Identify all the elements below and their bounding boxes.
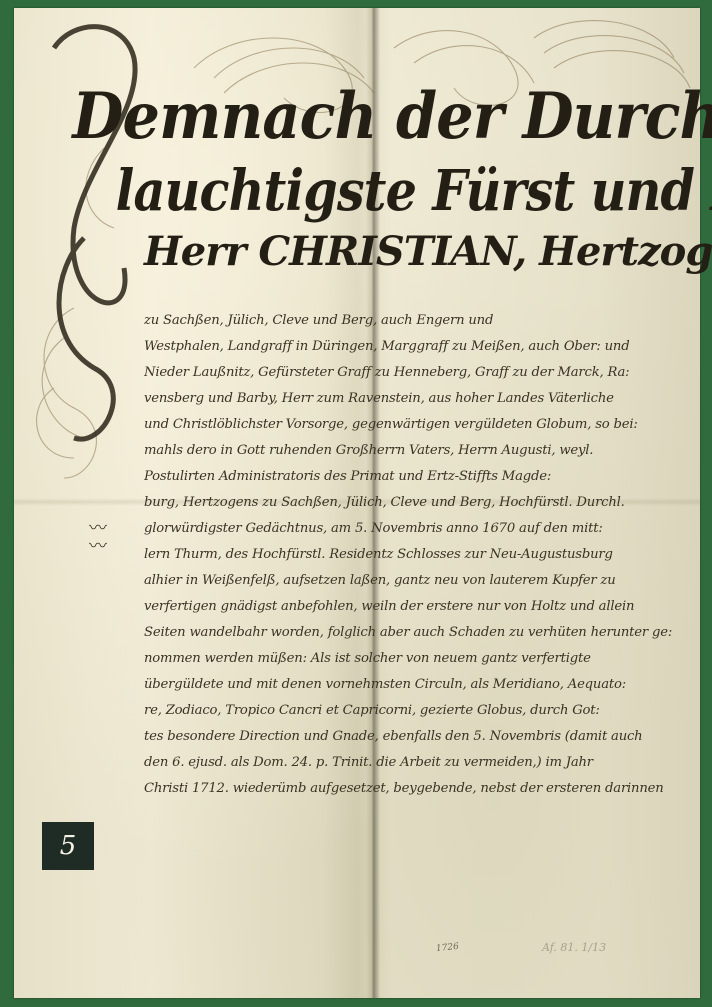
heading-line-2: lauchtigste Fürst und Herr,	[54, 156, 617, 226]
body-line: tes besondere Direction und Gnade, ebenf…	[144, 724, 694, 750]
body-line: burg, Hertzogens zu Sachßen, Jülich, Cle…	[144, 490, 694, 516]
pencil-note-catalog: Af. 81. 1/13	[542, 941, 606, 954]
page-number-label: 5	[42, 822, 94, 870]
body-line: mahls dero in Gott ruhenden Großherrn Va…	[144, 438, 694, 464]
body-line: Nieder Laußnitz, Gefürsteter Graff zu He…	[144, 360, 694, 386]
pencil-note-year: 1726	[436, 942, 460, 954]
document-heading: Demnach der Durch lauchtigste Fürst und …	[54, 78, 694, 278]
heading-line-1: Demnach der Durch	[54, 78, 643, 156]
body-line: Christi 1712. wiederümb aufgesetzet, bey…	[144, 776, 694, 802]
body-line: Westphalen, Landgraff in Düringen, Margg…	[144, 334, 694, 360]
body-line: verfertigen gnädigst anbefohlen, weiln d…	[144, 594, 694, 620]
body-line: und Christlöblichster Vorsorge, gegenwär…	[144, 412, 694, 438]
body-line: den 6. ejusd. als Dom. 24. p. Trinit. di…	[144, 750, 694, 776]
body-line: nommen werden müßen: Als ist solcher von…	[144, 646, 694, 672]
body-line: übergüldete und mit denen vornehmsten Ci…	[144, 672, 694, 698]
body-line: zu Sachßen, Jülich, Cleve und Berg, auch…	[144, 308, 694, 334]
body-line: alhier in Weißenfelß, aufsetzen laßen, g…	[144, 568, 694, 594]
body-line: Seiten wandelbahr worden, folglich aber …	[144, 620, 694, 646]
body-line: lern Thurm, des Hochfürstl. Residentz Sc…	[144, 542, 694, 568]
body-line: vensberg und Barby, Herr zum Ravenstein,…	[144, 386, 694, 412]
body-line: glorwürdigster Gedächtnus, am 5. Novembr…	[144, 516, 694, 542]
squiggle-flourish-icon: 〰〰	[92, 518, 101, 554]
document-body: zu Sachßen, Jülich, Cleve und Berg, auch…	[144, 308, 694, 802]
heading-line-3: Herr CHRISTIAN, Hertzog	[54, 226, 694, 278]
body-line: re, Zodiaco, Tropico Cancri et Capricorn…	[144, 698, 694, 724]
parchment-page: Demnach der Durch lauchtigste Fürst und …	[14, 8, 700, 998]
body-line: Postulirten Administratoris des Primat u…	[144, 464, 694, 490]
